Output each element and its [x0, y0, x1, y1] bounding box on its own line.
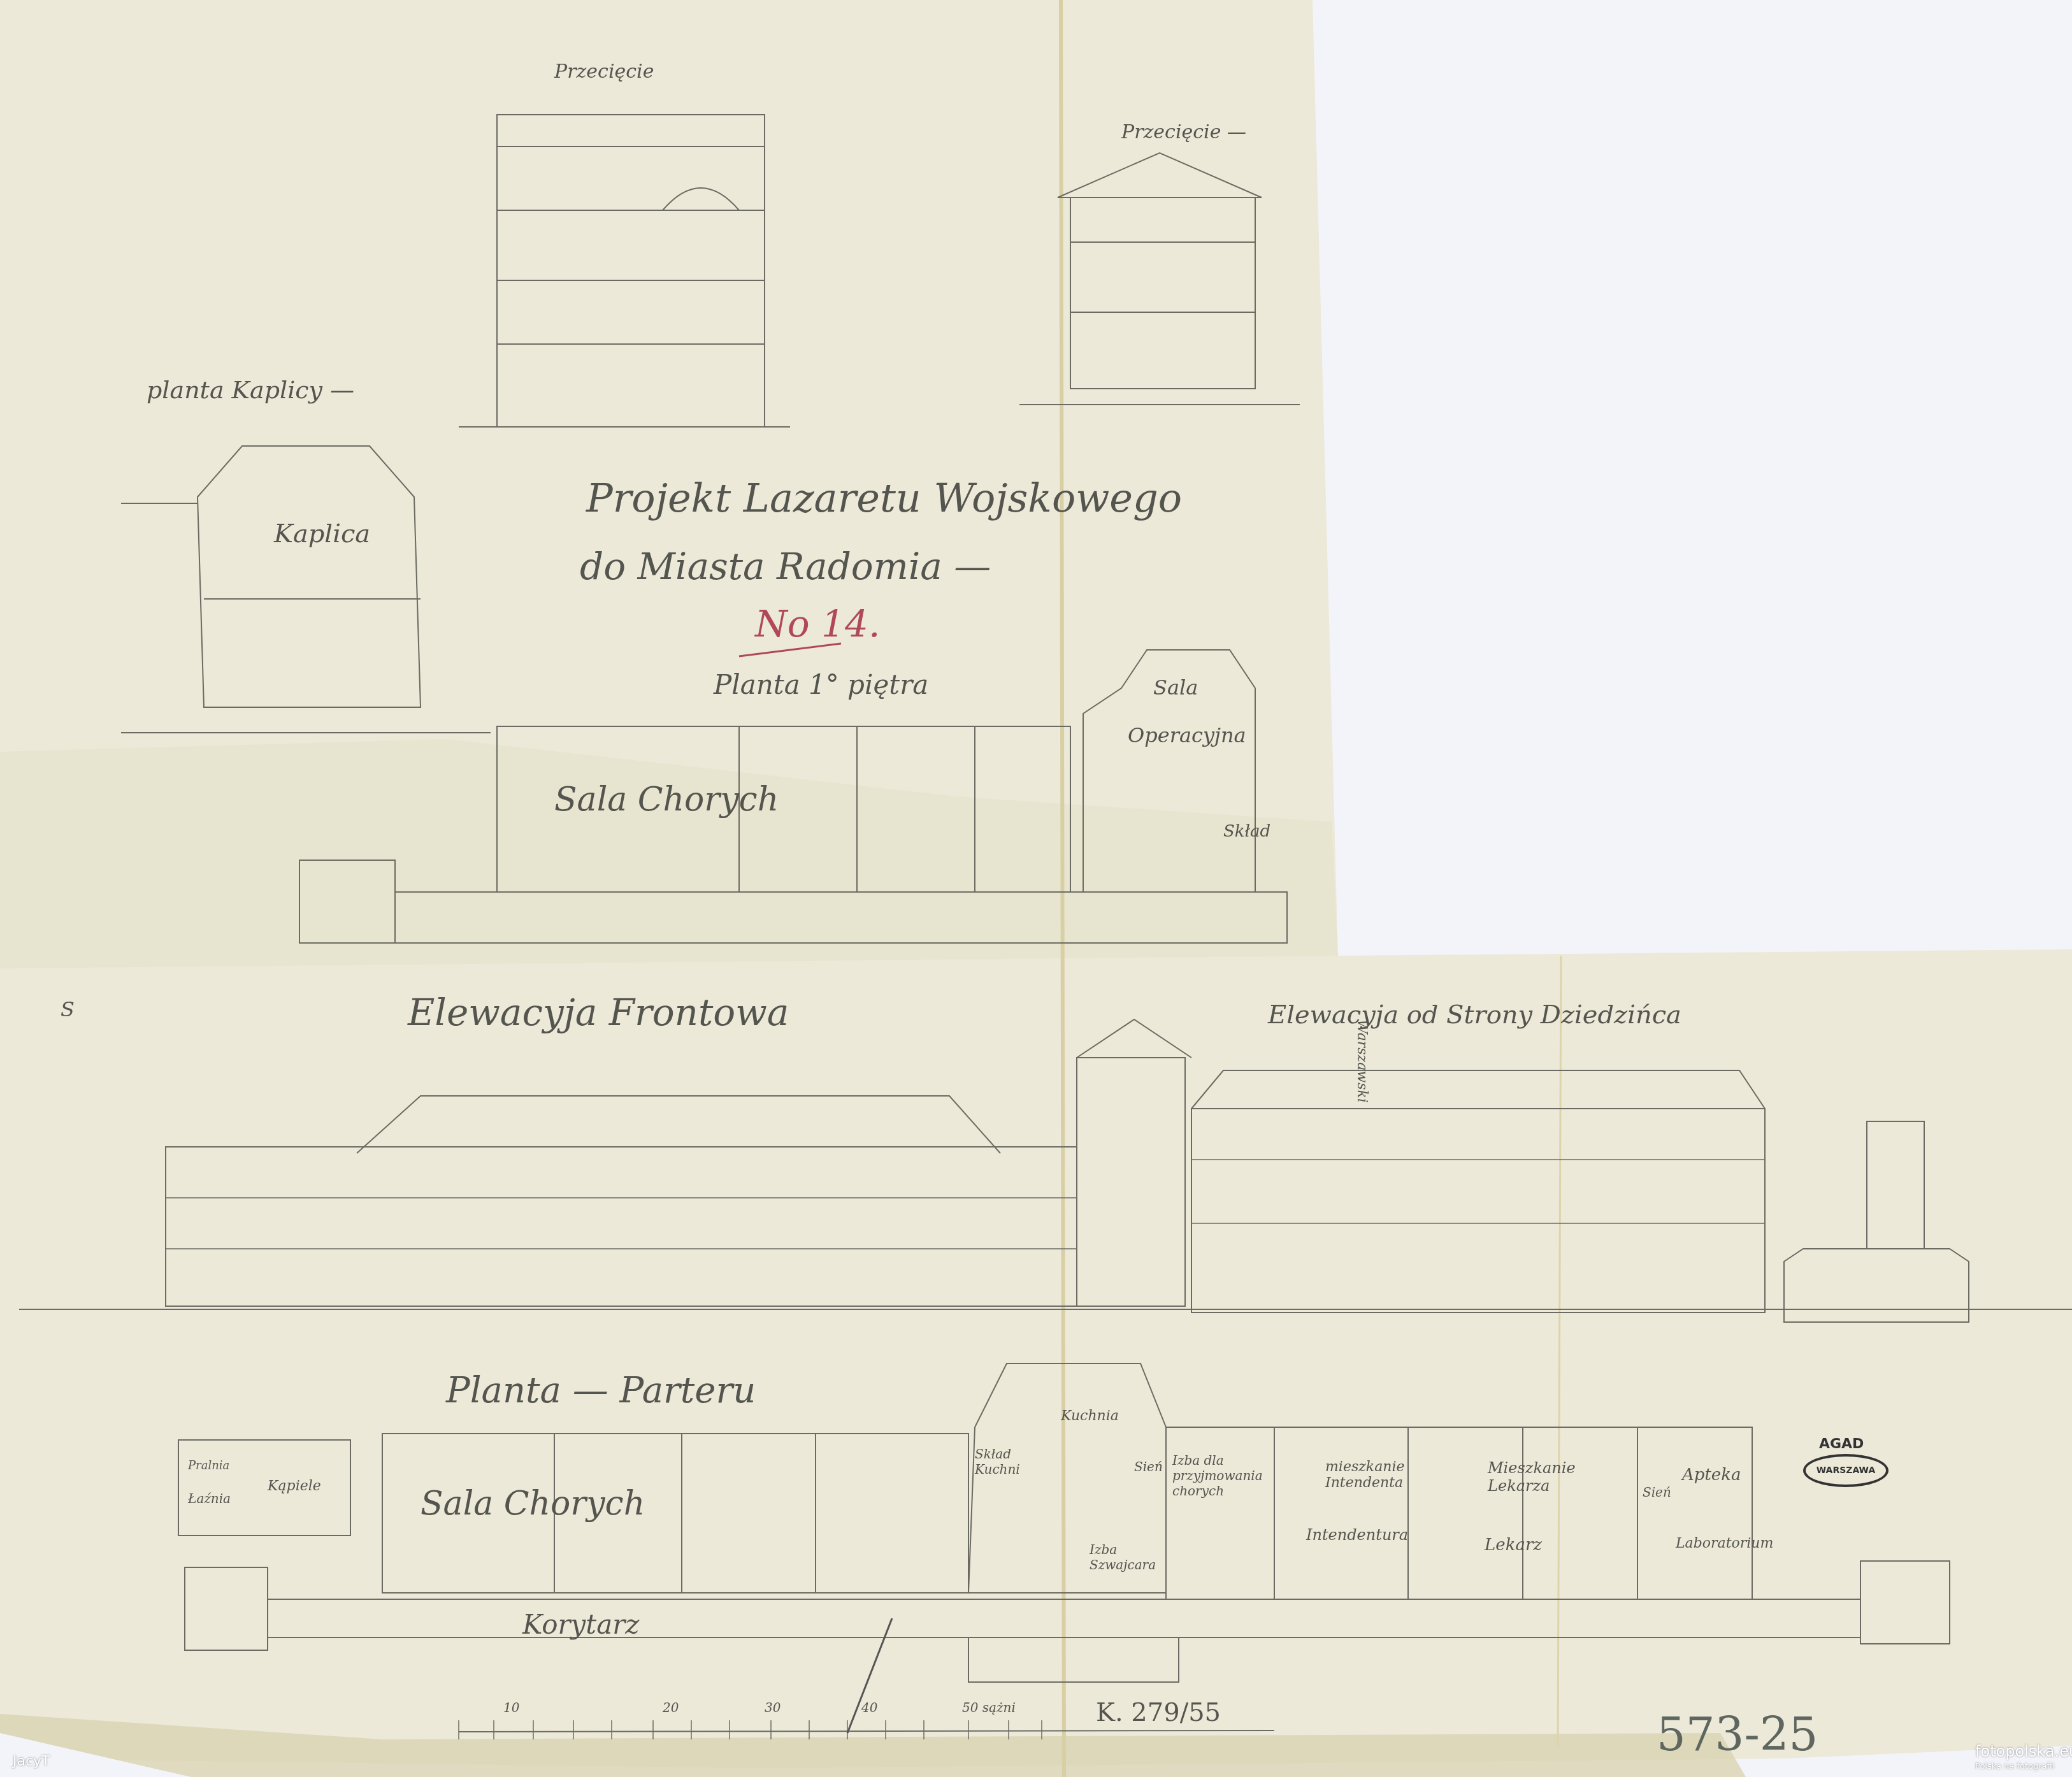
section-right-label: Przecięcie — [1121, 121, 1246, 143]
admission-room-label: Izba dla przyjmowania chorych [1172, 1453, 1242, 1499]
first-floor-plan-label: Planta 1° piętra [714, 669, 928, 700]
scale-tick-50: 50 sążni [962, 1700, 1016, 1715]
scale-tick-10: 10 [503, 1700, 519, 1715]
scale-tick-30: 30 [765, 1700, 781, 1715]
drawing-sheet [0, 0, 2072, 1777]
scale-tick-20: 20 [663, 1700, 679, 1715]
guard-room-label: Izba Szwajcara [1090, 1542, 1153, 1572]
corridor-label: Korytarz [522, 1609, 639, 1640]
laundry-label: Pralnia [188, 1459, 229, 1472]
watermark-brand: fotopolska.eu [1975, 1743, 2072, 1760]
bath-label: Łaźnia [188, 1491, 231, 1506]
stamp-oval-text: WARSZAWA [1803, 1454, 1889, 1487]
courtyard-elevation-label: Elewacyja od Strony Dziedzińca [1268, 1000, 1681, 1030]
watermark-left: JacyT [13, 1753, 50, 1769]
front-elevation-label: Elewacyja Frontowa [408, 991, 789, 1034]
pharmacy-label: Apteka [1682, 1465, 1741, 1485]
chapel-label: Kaplica [274, 519, 370, 549]
archive-stamp: AGAD WARSZAWA [1803, 1440, 1892, 1491]
section-top-label: Przecięcie [554, 61, 654, 83]
intendant-label: Intendentura [1306, 1526, 1408, 1544]
laboratory-label: Laboratorium [1676, 1536, 1773, 1551]
operating-room-label-1: Sala [1153, 675, 1198, 700]
toilet-label-2: Sień [1643, 1485, 1671, 1500]
ground-plan-label: Planta — Parteru [446, 1370, 756, 1411]
vertical-note: Warszawski [1354, 1019, 1370, 1103]
architectural-drawing [0, 0, 2072, 1777]
catalog-reference: K. 279/55 [1096, 1698, 1221, 1727]
operating-room-label-2: Operacyjna [1128, 723, 1246, 747]
ground-ward-label: Sala Chorych [421, 1485, 645, 1523]
title-line-1: Projekt Lazaretu Wojskowego [586, 475, 1182, 521]
doctor-flat-label: Mieszkanie Lekarza [1488, 1459, 1583, 1495]
chapel-plan-label: planta Kaplicy — [147, 376, 354, 404]
kitchen-label: Kuchnia [1061, 1408, 1119, 1424]
letter-s: S [61, 997, 75, 1021]
upper-ward-label: Sala Chorych [554, 781, 779, 819]
doctor-label: Lekarz [1485, 1536, 1542, 1555]
inventory-number: 573-25 [1657, 1708, 1818, 1761]
intendant-flat-label: mieszkanie Intendenta [1325, 1459, 1408, 1491]
title-line-2: do Miasta Radomia — [580, 545, 991, 588]
scale-tick-40: 40 [861, 1700, 877, 1715]
upper-storage-label: Skład [1223, 822, 1270, 841]
stamp-top-text: AGAD [1819, 1436, 1864, 1452]
toilet-label-1: Sień [1134, 1459, 1163, 1474]
baths-label: Kąpiele [268, 1478, 321, 1494]
kitchen-storage-label: Skład Kuchni [975, 1446, 1019, 1477]
watermark-tagline: Polska na fotografii [1975, 1762, 2054, 1771]
drawing-number: No 14. [755, 602, 880, 645]
